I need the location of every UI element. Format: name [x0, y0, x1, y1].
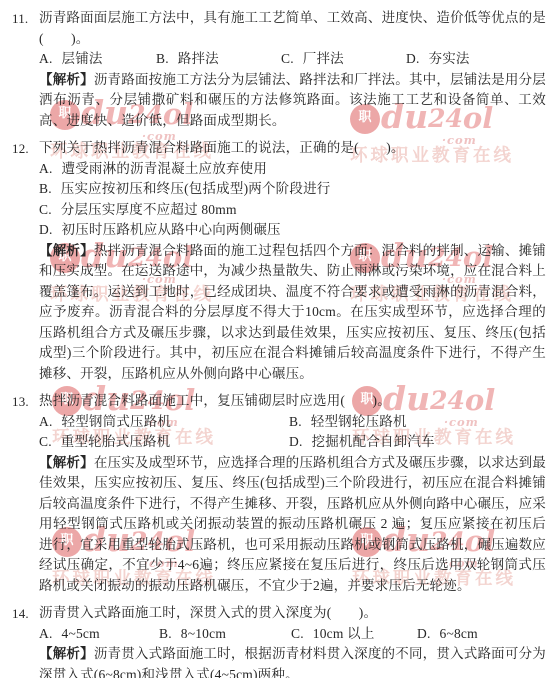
option-c: C.分层压实厚度不应超过 80mm	[39, 200, 546, 221]
option-a: A.轻型钢筒式压路机	[39, 412, 289, 433]
analysis-text: 沥青贯入式路面施工时，根据沥青材料贯入深度的不同，贯入式路面可分为深贯入式(6~…	[39, 646, 546, 678]
analysis-label: 【解析】	[39, 72, 94, 87]
analysis: 【解析】沥青路面按施工方法分为层铺法、路拌法和厂拌法。其中，层铺法是用分层洒布沥…	[39, 70, 546, 132]
option-a: A.层铺法	[39, 49, 156, 70]
question-14: 14. 沥青贯入式路面施工时，深贯入式的贯入深度为( )。 A.4~5cm B.…	[12, 603, 546, 678]
analysis-label: 【解析】	[39, 646, 94, 661]
options-list: A.遭受雨淋的沥青混凝土应放弃使用 B.压实应按初压和终压(包括成型)两个阶段进…	[39, 159, 546, 241]
question-stem: 沥青路面面层施工方法中，具有施工工艺简单、工效高、进度快、造价低等优点的是( )…	[39, 8, 546, 49]
option-a: A.4~5cm	[39, 624, 159, 645]
analysis-label: 【解析】	[39, 243, 94, 258]
question-11: 11. 沥青路面面层施工方法中，具有施工工艺简单、工效高、进度快、造价低等优点的…	[12, 8, 546, 131]
analysis-text: 沥青路面按施工方法分为层铺法、路拌法和厂拌法。其中，层铺法是用分层洒布沥青、分层…	[39, 72, 546, 128]
question-number: 13.	[12, 391, 39, 596]
question-13: 13. 热拌沥青混合料路面施工中，复压铺砌层时应选用( )。 A.轻型钢筒式压路…	[12, 391, 546, 596]
analysis-text: 在压实及成型环节，应选择合理的压路机组合方式及碾压步骤，以求达到最佳效果，压实应…	[39, 455, 546, 593]
analysis: 【解析】在压实及成型环节，应选择合理的压路机组合方式及碾压步骤，以求达到最佳效果…	[39, 453, 546, 597]
option-d: D.6~8cm	[417, 624, 546, 645]
option-b: B.轻型钢轮压路机	[289, 412, 546, 433]
option-c: C.厂拌法	[281, 49, 406, 70]
scanned-exam-page: 职du24ol ·com 环球职业教育在线 职du24ol ·com 环球职业教…	[0, 0, 557, 678]
question-stem: 下列关于热拌沥青混合料路面施工的说法，正确的是( )。	[39, 138, 546, 159]
option-c: C.重型轮胎式压路机	[39, 432, 289, 453]
option-d: D.夯实法	[406, 49, 546, 70]
options-row: A.层铺法 B.路拌法 C.厂拌法 D.夯实法	[39, 49, 546, 70]
analysis-text: 热拌沥青混合料路面的施工过程包括四个方面：混合料的拌制、运输、摊铺和压实成型。在…	[39, 243, 546, 381]
option-d: D.初压时压路机应从路中心向两侧碾压	[39, 220, 546, 241]
option-c: C.10cm 以上	[291, 624, 417, 645]
analysis: 【解析】沥青贯入式路面施工时，根据沥青材料贯入深度的不同，贯入式路面可分为深贯入…	[39, 644, 546, 678]
analysis-label: 【解析】	[39, 455, 94, 470]
question-number: 11.	[12, 8, 39, 131]
options-row: A.4~5cm B.8~10cm C.10cm 以上 D.6~8cm	[39, 624, 546, 645]
options-grid: A.轻型钢筒式压路机 B.轻型钢轮压路机 C.重型轮胎式压路机 D.挖掘机配合自…	[39, 412, 546, 453]
question-number: 14.	[12, 603, 39, 678]
exam-content: 11. 沥青路面面层施工方法中，具有施工工艺简单、工效高、进度快、造价低等优点的…	[0, 0, 557, 678]
option-d: D.挖掘机配合自卸汽车	[289, 432, 546, 453]
option-b: B.路拌法	[156, 49, 281, 70]
question-stem: 沥青贯入式路面施工时，深贯入式的贯入深度为( )。	[39, 603, 546, 624]
question-12: 12. 下列关于热拌沥青混合料路面施工的说法，正确的是( )。 A.遭受雨淋的沥…	[12, 138, 546, 384]
question-stem: 热拌沥青混合料路面施工中，复压铺砌层时应选用( )。	[39, 391, 546, 412]
analysis: 【解析】热拌沥青混合料路面的施工过程包括四个方面：混合料的拌制、运输、摊铺和压实…	[39, 241, 546, 385]
option-b: B.压实应按初压和终压(包括成型)两个阶段进行	[39, 179, 546, 200]
option-a: A.遭受雨淋的沥青混凝土应放弃使用	[39, 159, 546, 180]
question-number: 12.	[12, 138, 39, 384]
option-b: B.8~10cm	[159, 624, 291, 645]
